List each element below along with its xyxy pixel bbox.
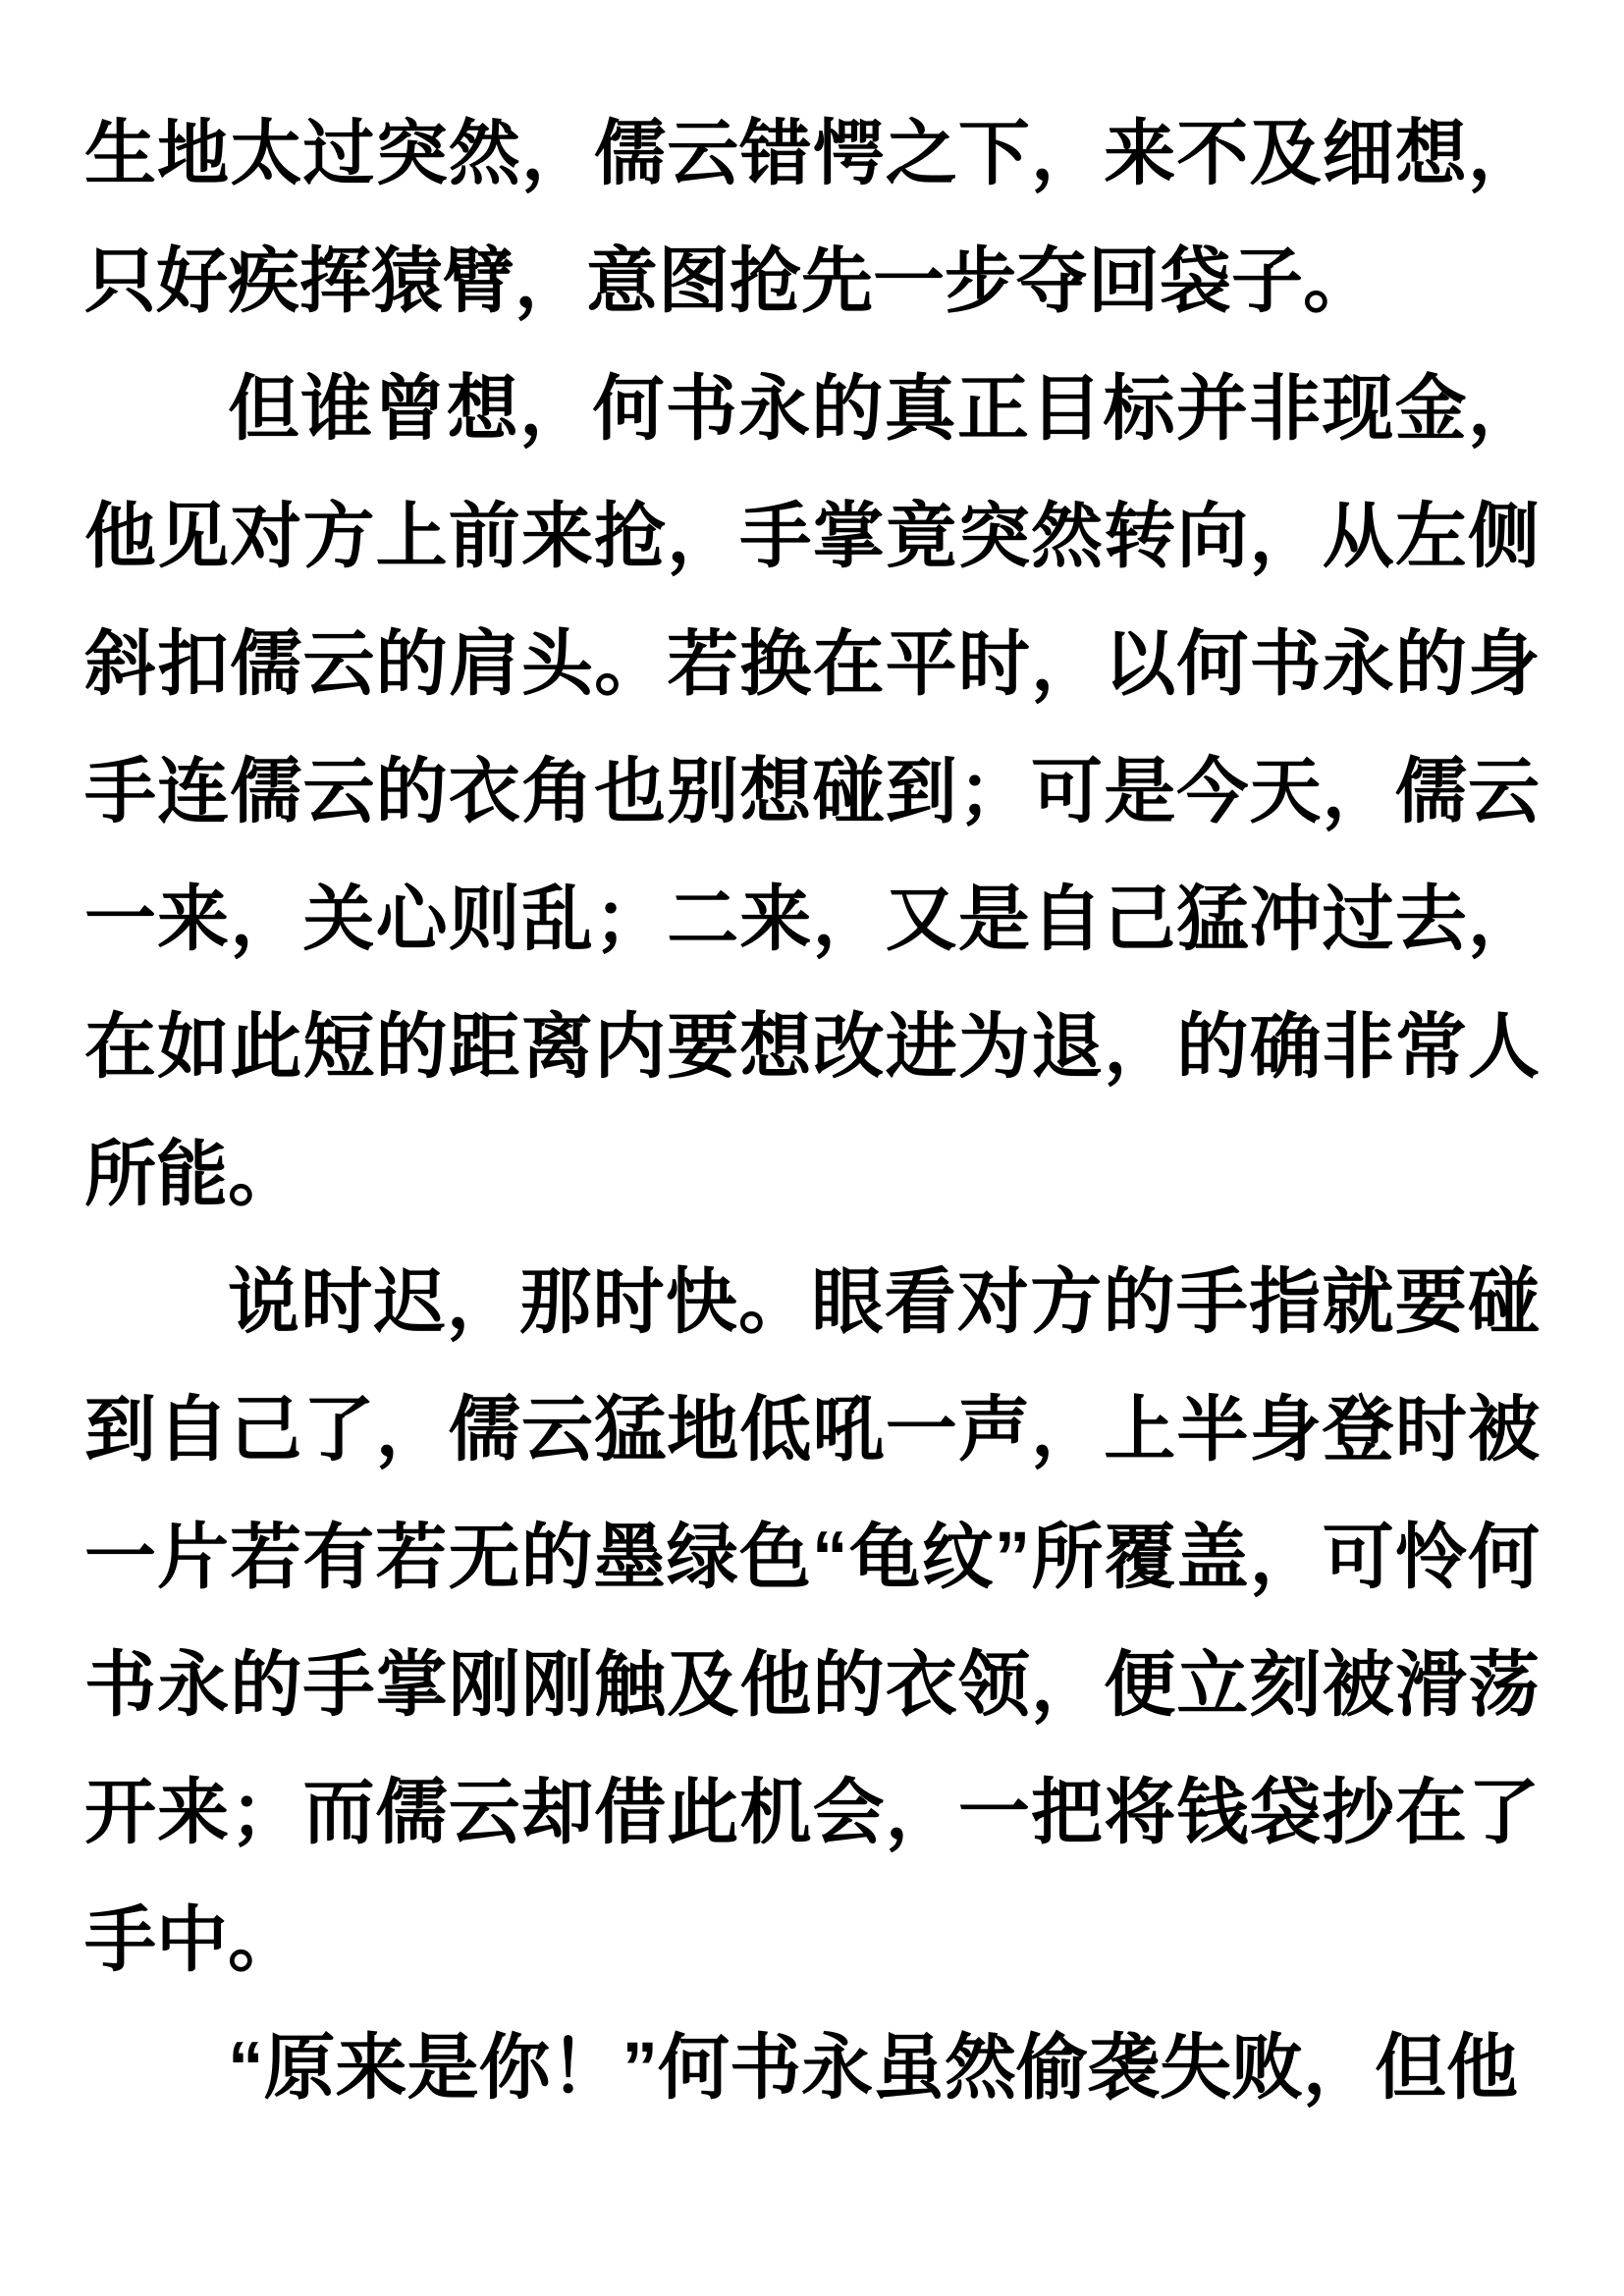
paragraph-4: “原来是你！”何书永虽然偷袭失败，但他	[84, 2004, 1540, 2132]
paragraph-2: 但谁曾想，何书永的真正目标并非现金，他见对方上前来抢，手掌竟突然转向，从左侧斜扣…	[84, 346, 1540, 1239]
paragraph-3: 说时迟，那时快。眼看对方的手指就要碰到自己了，儒云猛地低吼一声，上半身登时被一片…	[84, 1239, 1540, 2004]
paragraph-1: 生地太过突然，儒云错愕之下，来不及细想，只好疾挥猿臂，意图抢先一步夺回袋子。	[84, 90, 1540, 346]
document-page: 生地太过突然，儒云错愕之下，来不及细想，只好疾挥猿臂，意图抢先一步夺回袋子。 但…	[0, 0, 1624, 2296]
